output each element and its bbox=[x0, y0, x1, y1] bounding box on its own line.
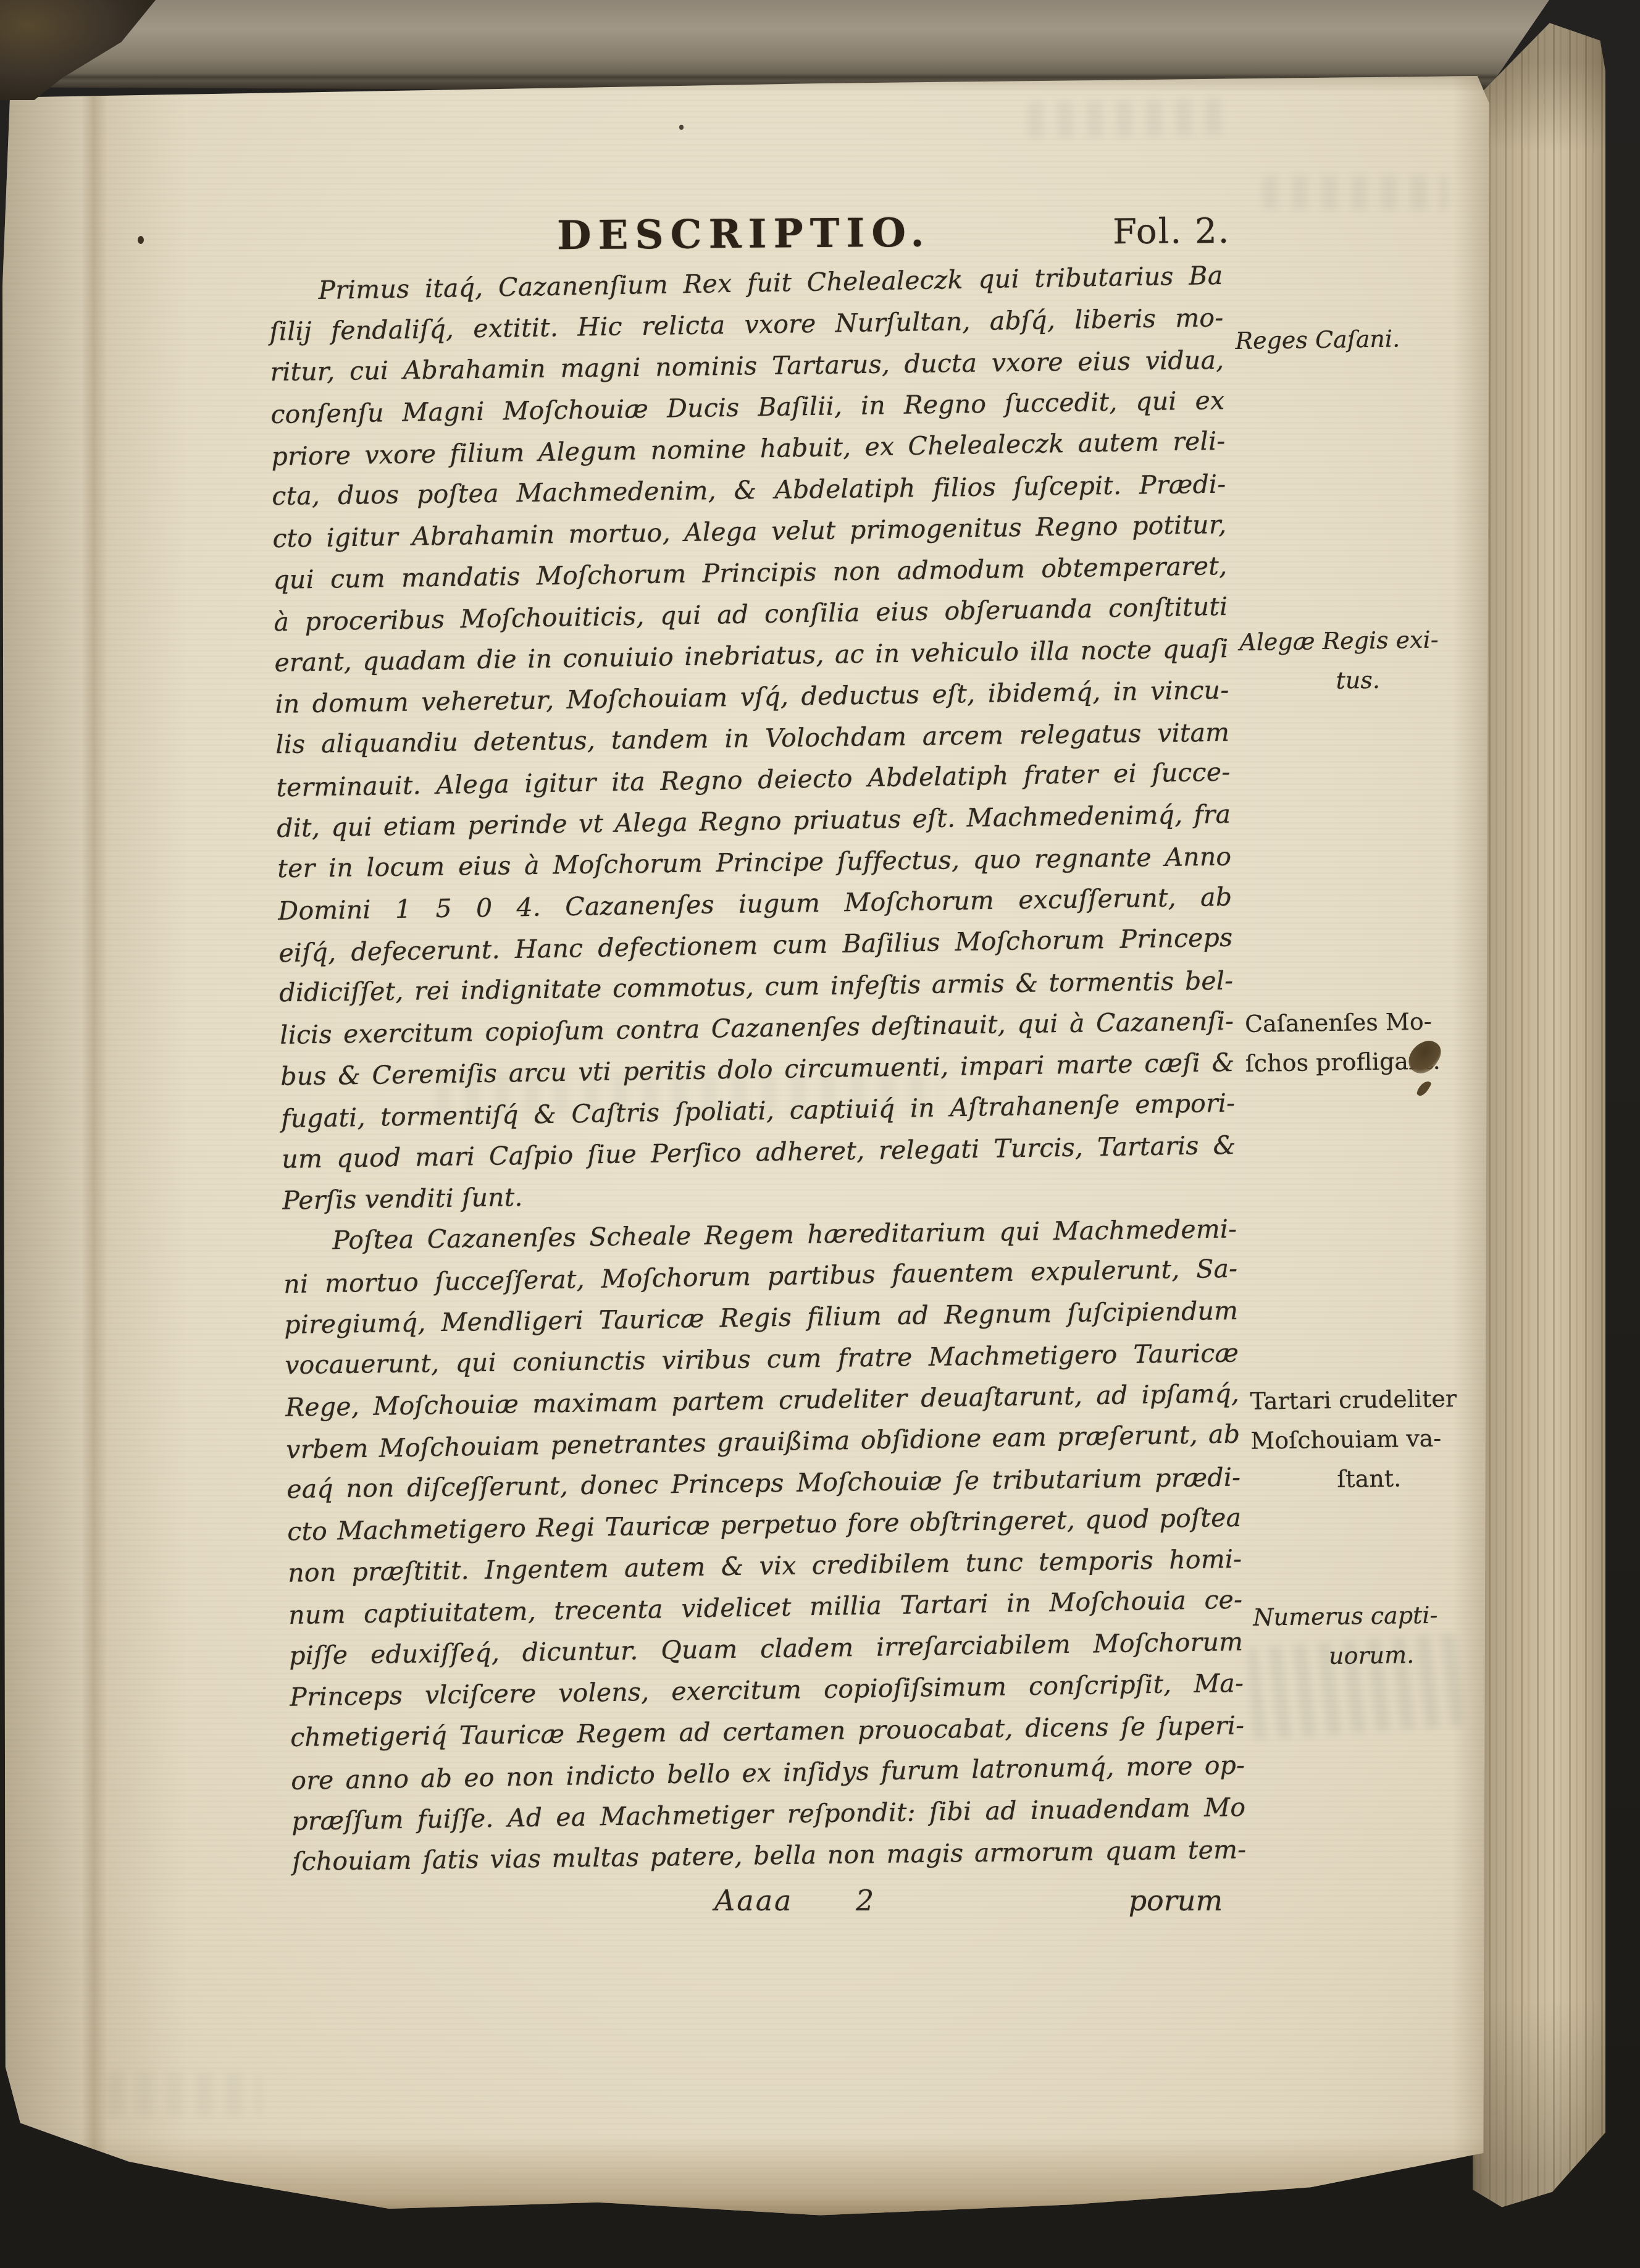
margin-note: Alegæ Regis exi-tus. bbox=[1239, 619, 1476, 702]
paper-speck bbox=[679, 125, 684, 130]
folio-number: Fol. 2. bbox=[1113, 211, 1231, 252]
paper-speck bbox=[138, 236, 144, 244]
book-fore-edge-pages bbox=[1473, 19, 1605, 2220]
margin-note-line: ſtant. bbox=[1251, 1457, 1487, 1500]
margin-note-line: ſchos profligant. bbox=[1245, 1041, 1481, 1083]
page-heading: DESCRIPTIO. bbox=[557, 209, 931, 259]
margin-note-line: Reges Caſani. bbox=[1235, 318, 1471, 361]
body-text-block: Primus itaq́, Cazanenſium Rex fuit Chele… bbox=[269, 256, 1247, 1884]
footer-row: Aaaa 2 porum bbox=[269, 1884, 1223, 1927]
catchword: porum bbox=[1129, 1884, 1223, 1917]
margin-note-line: Moſchouiam va- bbox=[1250, 1417, 1487, 1460]
margin-note: Caſanenſes Mo-ſchos profligant. bbox=[1244, 1001, 1481, 1083]
margin-note-line: tus. bbox=[1240, 659, 1476, 702]
margin-note-line: uorum. bbox=[1253, 1634, 1490, 1676]
book-page-scan: DESCRIPTIO. Fol. 2. Primus itaq́, Cazane… bbox=[0, 0, 1640, 2268]
bleedthrough-smudge bbox=[1027, 98, 1232, 139]
margin-note-line: Alegæ Regis exi- bbox=[1239, 619, 1476, 662]
bleedthrough-smudge bbox=[1262, 175, 1447, 210]
signature-mark: Aaaa 2 bbox=[714, 1884, 876, 1917]
margin-note-line: Tartari crudeliter bbox=[1250, 1378, 1486, 1421]
margin-note: Numerus capti-uorum. bbox=[1253, 1594, 1490, 1676]
margin-note: Reges Caſani. bbox=[1235, 318, 1471, 361]
bleedthrough-smudge bbox=[107, 2073, 262, 2116]
margin-note-line: Caſanenſes Mo- bbox=[1244, 1001, 1481, 1044]
margin-note-line: Numerus capti- bbox=[1253, 1594, 1489, 1637]
page: DESCRIPTIO. Fol. 2. Primus itaq́, Cazane… bbox=[2, 72, 1489, 2217]
margin-note: Tartari crudeliterMoſchouiam va-ſtant. bbox=[1250, 1378, 1487, 1500]
